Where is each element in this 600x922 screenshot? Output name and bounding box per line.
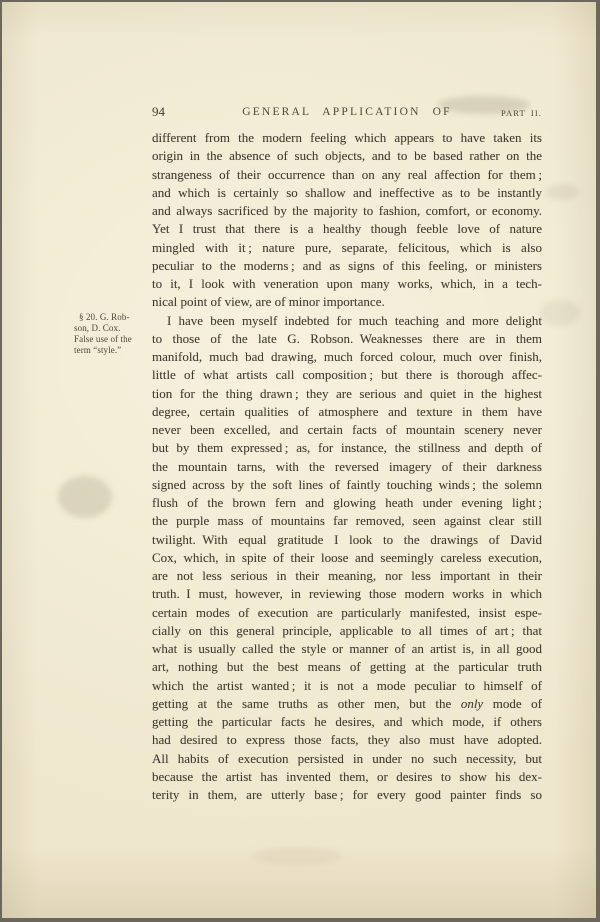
text-line: mingled with it ; nature pure, separate,…	[152, 239, 542, 257]
note-line: son, D. Cox.	[74, 323, 152, 334]
note-line: § 20. G. Rob-	[74, 312, 152, 323]
page-header: 94 GENERAL APPLICATION OF PART II.	[152, 104, 542, 120]
text-line: Cox, which, in spite of their loose and …	[152, 549, 542, 567]
text-line: because the artist has invented them, or…	[152, 768, 542, 786]
text-line: signed across by the soft lines of faint…	[152, 476, 542, 494]
text-line: nical point of view, are of minor import…	[152, 293, 542, 311]
text-line: All habits of execution persisted in und…	[152, 750, 542, 768]
text-line: never been excelled, and certain facts o…	[152, 421, 542, 439]
text-line: art, nothing but the best means of getti…	[152, 658, 542, 676]
body-text: different from the modern feeling which …	[152, 129, 542, 804]
running-title: GENERAL APPLICATION OF	[152, 106, 542, 118]
text-line: flush of the brown fern and glowing heat…	[152, 494, 542, 512]
text-line: and which is certainly so shallow and in…	[152, 184, 542, 202]
text-line: Yet I trust that there is a healthy thou…	[152, 220, 542, 238]
text-line: twilight. With equal gratitude I look to…	[152, 531, 542, 549]
text-line: cially on this general principle, applic…	[152, 622, 542, 640]
text-line: had desired to express those facts, they…	[152, 731, 542, 749]
text-line: terity in them, are utterly base ; for e…	[152, 786, 542, 804]
text-line: origin in the absence of such objects, a…	[152, 147, 542, 165]
margin-note: § 20. G. Rob-son, D. Cox.False use of th…	[74, 312, 152, 356]
text-line: to those of the late G. Robson. Weakness…	[152, 330, 542, 348]
text-line: and always sacrificed by the majority to…	[152, 202, 542, 220]
bleedthrough-smudge	[540, 300, 580, 326]
paragraph: I have been myself indebted for much tea…	[152, 312, 542, 805]
paragraph: different from the modern feeling which …	[152, 129, 542, 312]
text-line: which the artist wanted ; it is not a mo…	[152, 677, 542, 695]
text-line: different from the modern feeling which …	[152, 129, 542, 147]
text-line: truth. I must, however, in reviewing tho…	[152, 585, 542, 603]
note-line: term “style.”	[74, 345, 152, 356]
text-line: I have been myself indebted for much tea…	[152, 312, 542, 330]
bleedthrough-smudge	[58, 476, 112, 518]
bleedthrough-smudge	[252, 847, 342, 865]
text-line: tion for the thing drawn ; they are seri…	[152, 385, 542, 403]
book-page: 94 GENERAL APPLICATION OF PART II. § 20.…	[2, 2, 596, 918]
text-line: degree, certain qualities of atmosphere …	[152, 403, 542, 421]
bleedthrough-smudge	[545, 184, 579, 200]
scan-frame: 94 GENERAL APPLICATION OF PART II. § 20.…	[0, 0, 600, 922]
note-line: False use of the	[74, 334, 152, 345]
text-line: the mountain tarns, with the reversed im…	[152, 458, 542, 476]
text-line: but by them expressed ; as, for instance…	[152, 439, 542, 457]
part-label: PART II.	[501, 108, 542, 118]
text-line: certain modes of execution are particula…	[152, 604, 542, 622]
text-line: getting the particular facts he desires,…	[152, 713, 542, 731]
text-line: getting at the same truths as other men,…	[152, 695, 542, 713]
text-line: manifold, much bad drawing, much forced …	[152, 348, 542, 366]
text-line: the purple mass of mountains far removed…	[152, 512, 542, 530]
text-line: strangeness of their occurrence than on …	[152, 166, 542, 184]
text-line: to it, I look with veneration upon many …	[152, 275, 542, 293]
text-line: little of what artists call composition …	[152, 366, 542, 384]
text-line: are not less serious in their meaning, n…	[152, 567, 542, 585]
text-line: peculiar to the moderns ; and as signs o…	[152, 257, 542, 275]
text-line: what is usually called the style or mann…	[152, 640, 542, 658]
